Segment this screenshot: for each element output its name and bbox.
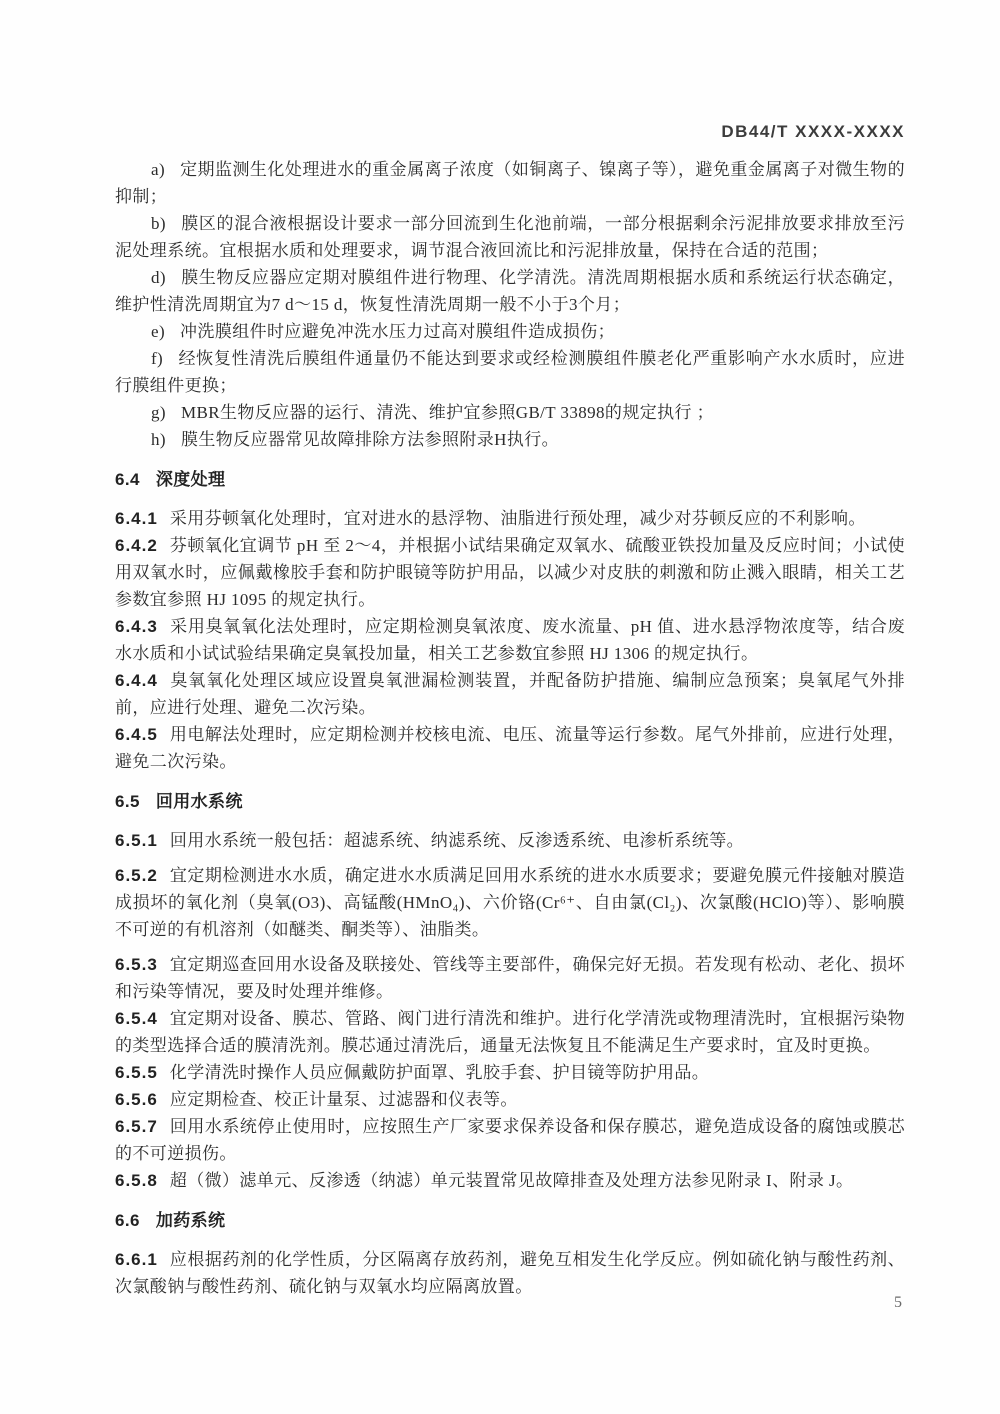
- clause-number: 6.4.5: [115, 725, 158, 744]
- clause-number: 6.6.1: [115, 1250, 158, 1269]
- clause-number: 6.5.8: [115, 1171, 158, 1190]
- list-item-text: 膜生物反应器常见故障排除方法参照附录H执行。: [181, 430, 559, 449]
- list-item-a: a)定期监测生化处理进水的重金属离子浓度（如铜离子、镍离子等），避免重金属离子对…: [115, 156, 905, 210]
- clause-number: 6.4.3: [115, 617, 158, 636]
- clause-number: 6.4.4: [115, 671, 158, 690]
- clause-6-5-1: 6.5.1回用水系统一般包括：超滤系统、纳滤系统、反渗透系统、电渗析系统等。: [115, 827, 905, 854]
- list-item-label: g): [151, 399, 166, 426]
- section-title: 回用水系统: [156, 792, 243, 811]
- clause-6-5-8: 6.5.8超（微）滤单元、反渗透（纳滤）单元装置常见故障排查及处理方法参见附录 …: [115, 1167, 905, 1194]
- clause-number: 6.4.1: [115, 509, 158, 528]
- page-number: 5: [894, 1294, 902, 1312]
- section-number: 6.6: [115, 1211, 140, 1230]
- clause-text: 化学清洗时操作人员应佩戴防护面罩、乳胶手套、护目镜等防护用品。: [170, 1063, 709, 1082]
- list-item-label: f): [151, 345, 163, 372]
- clause-6-4-5: 6.4.5用电解法处理时，应定期检测并校核电流、电压、流量等运行参数。尾气外排前…: [115, 721, 905, 775]
- clause-text: 宜定期检测进水水质，确定进水水质满足回用水系统的进水水质要求；要避免膜元件接触对…: [115, 866, 905, 939]
- section-heading-6-5: 6.5回用水系统: [115, 788, 905, 815]
- clause-text: 采用芬顿氧化处理时，宜对进水的悬浮物、油脂进行预处理，减少对芬顿反应的不利影响。: [170, 509, 866, 528]
- list-item-text: MBR生物反应器的运行、清洗、维护宜参照GB/T 33898的规定执行 ；: [181, 403, 714, 422]
- list-item-h: h)膜生物反应器常见故障排除方法参照附录H执行。: [115, 426, 905, 453]
- section-title: 深度处理: [156, 470, 226, 489]
- clause-6-6-1: 6.6.1应根据药剂的化学性质，分区隔离存放药剂，避免互相发生化学反应。例如硫化…: [115, 1246, 905, 1300]
- doc-code: DB44/T XXXX-XXXX: [721, 122, 905, 141]
- section-heading-6-4: 6.4深度处理: [115, 466, 905, 493]
- page-header: DB44/T XXXX-XXXX: [721, 122, 905, 142]
- clause-6-4-3: 6.4.3采用臭氧氧化法处理时，应定期检测臭氧浓度、废水流量、pH 值、进水悬浮…: [115, 613, 905, 667]
- section-number: 6.4: [115, 470, 140, 489]
- list-item-text: 定期监测生化处理进水的重金属离子浓度（如铜离子、镍离子等），避免重金属离子对微生…: [115, 160, 905, 206]
- section-heading-6-6: 6.6加药系统: [115, 1207, 905, 1234]
- clause-number: 6.5.1: [115, 831, 158, 850]
- clause-text: 臭氧氧化处理区域应设置臭氧泄漏检测装置，并配备防护措施、编制应急预案；臭氧尾气外…: [115, 671, 905, 717]
- clause-6-5-3: 6.5.3宜定期巡查回用水设备及联接处、管线等主要部件，确保完好无损。若发现有松…: [115, 951, 905, 1005]
- clause-text: 回用水系统一般包括：超滤系统、纳滤系统、反渗透系统、电渗析系统等。: [170, 831, 744, 850]
- clause-text: 用电解法处理时，应定期检测并校核电流、电压、流量等运行参数。尾气外排前，应进行处…: [115, 725, 905, 771]
- clause-text: 宜定期对设备、膜芯、管路、阀门进行清洗和维护。进行化学清洗或物理清洗时，宜根据污…: [115, 1009, 905, 1055]
- clause-6-5-2: 6.5.2宜定期检测进水水质，确定进水水质满足回用水系统的进水水质要求；要避免膜…: [115, 862, 905, 943]
- clause-number: 6.5.5: [115, 1063, 158, 1082]
- page-content: a)定期监测生化处理进水的重金属离子浓度（如铜离子、镍离子等），避免重金属离子对…: [115, 156, 905, 1300]
- clause-number: 6.5.3: [115, 955, 158, 974]
- list-item-label: b): [151, 210, 166, 237]
- clause-number: 6.5.2: [115, 866, 158, 885]
- clause-6-5-4: 6.5.4宜定期对设备、膜芯、管路、阀门进行清洗和维护。进行化学清洗或物理清洗时…: [115, 1005, 905, 1059]
- list-item-label: d): [151, 264, 166, 291]
- clause-text: 宜定期巡查回用水设备及联接处、管线等主要部件，确保完好无损。若发现有松动、老化、…: [115, 955, 905, 1001]
- clause-number: 6.5.6: [115, 1090, 158, 1109]
- list-item-label: e): [151, 318, 165, 345]
- list-item-d: d)膜生物反应器应定期对膜组件进行物理、化学清洗。清洗周期根据水质和系统运行状态…: [115, 264, 905, 318]
- list-item-label: a): [151, 156, 165, 183]
- clause-number: 6.5.7: [115, 1117, 158, 1136]
- clause-6-5-5: 6.5.5化学清洗时操作人员应佩戴防护面罩、乳胶手套、护目镜等防护用品。: [115, 1059, 905, 1086]
- clause-text: 回用水系统停止使用时，应按照生产厂家要求保养设备和保存膜芯，避免造成设备的腐蚀或…: [115, 1117, 905, 1163]
- clause-text: 应定期检查、校正计量泵、过滤器和仪表等。: [170, 1090, 518, 1109]
- clause-6-4-1: 6.4.1采用芬顿氧化处理时，宜对进水的悬浮物、油脂进行预处理，减少对芬顿反应的…: [115, 505, 905, 532]
- section-title: 加药系统: [156, 1211, 226, 1230]
- document-page: DB44/T XXXX-XXXX a)定期监测生化处理进水的重金属离子浓度（如铜…: [0, 0, 1000, 1414]
- clause-6-5-6: 6.5.6应定期检查、校正计量泵、过滤器和仪表等。: [115, 1086, 905, 1113]
- clause-text: 应根据药剂的化学性质，分区隔离存放药剂，避免互相发生化学反应。例如硫化钠与酸性药…: [115, 1250, 905, 1296]
- clause-6-4-4: 6.4.4臭氧氧化处理区域应设置臭氧泄漏检测装置，并配备防护措施、编制应急预案；…: [115, 667, 905, 721]
- list-item-b: b)膜区的混合液根据设计要求一部分回流到生化池前端，一部分根据剩余污泥排放要求排…: [115, 210, 905, 264]
- list-item-text: 膜生物反应器应定期对膜组件进行物理、化学清洗。清洗周期根据水质和系统运行状态确定…: [115, 268, 905, 314]
- clause-6-4-2: 6.4.2芬顿氧化宜调节 pH 至 2～4，并根据小试结果确定双氧水、硫酸亚铁投…: [115, 532, 905, 613]
- clause-6-5-7: 6.5.7回用水系统停止使用时，应按照生产厂家要求保养设备和保存膜芯，避免造成设…: [115, 1113, 905, 1167]
- list-item-e: e)冲洗膜组件时应避免冲洗水压力过高对膜组件造成损伤；: [115, 318, 905, 345]
- section-number: 6.5: [115, 792, 140, 811]
- clause-text: 芬顿氧化宜调节 pH 至 2～4，并根据小试结果确定双氧水、硫酸亚铁投加量及反应…: [115, 536, 905, 609]
- list-item-text: 膜区的混合液根据设计要求一部分回流到生化池前端，一部分根据剩余污泥排放要求排放至…: [115, 214, 905, 260]
- clause-number: 6.4.2: [115, 536, 158, 555]
- list-item-f: f)经恢复性清洗后膜组件通量仍不能达到要求或经检测膜组件膜老化严重影响产水水质时…: [115, 345, 905, 399]
- clause-text: 超（微）滤单元、反渗透（纳滤）单元装置常见故障排查及处理方法参见附录 I、附录 …: [170, 1171, 854, 1190]
- list-item-text: 冲洗膜组件时应避免冲洗水压力过高对膜组件造成损伤；: [180, 322, 615, 341]
- clause-number: 6.5.4: [115, 1009, 158, 1028]
- clause-text: 采用臭氧氧化法处理时，应定期检测臭氧浓度、废水流量、pH 值、进水悬浮物浓度等，…: [115, 617, 905, 663]
- list-item-text: 经恢复性清洗后膜组件通量仍不能达到要求或经检测膜组件膜老化严重影响产水水质时，应…: [115, 349, 905, 395]
- list-item-label: h): [151, 426, 166, 453]
- list-item-g: g)MBR生物反应器的运行、清洗、维护宜参照GB/T 33898的规定执行 ；: [115, 399, 905, 426]
